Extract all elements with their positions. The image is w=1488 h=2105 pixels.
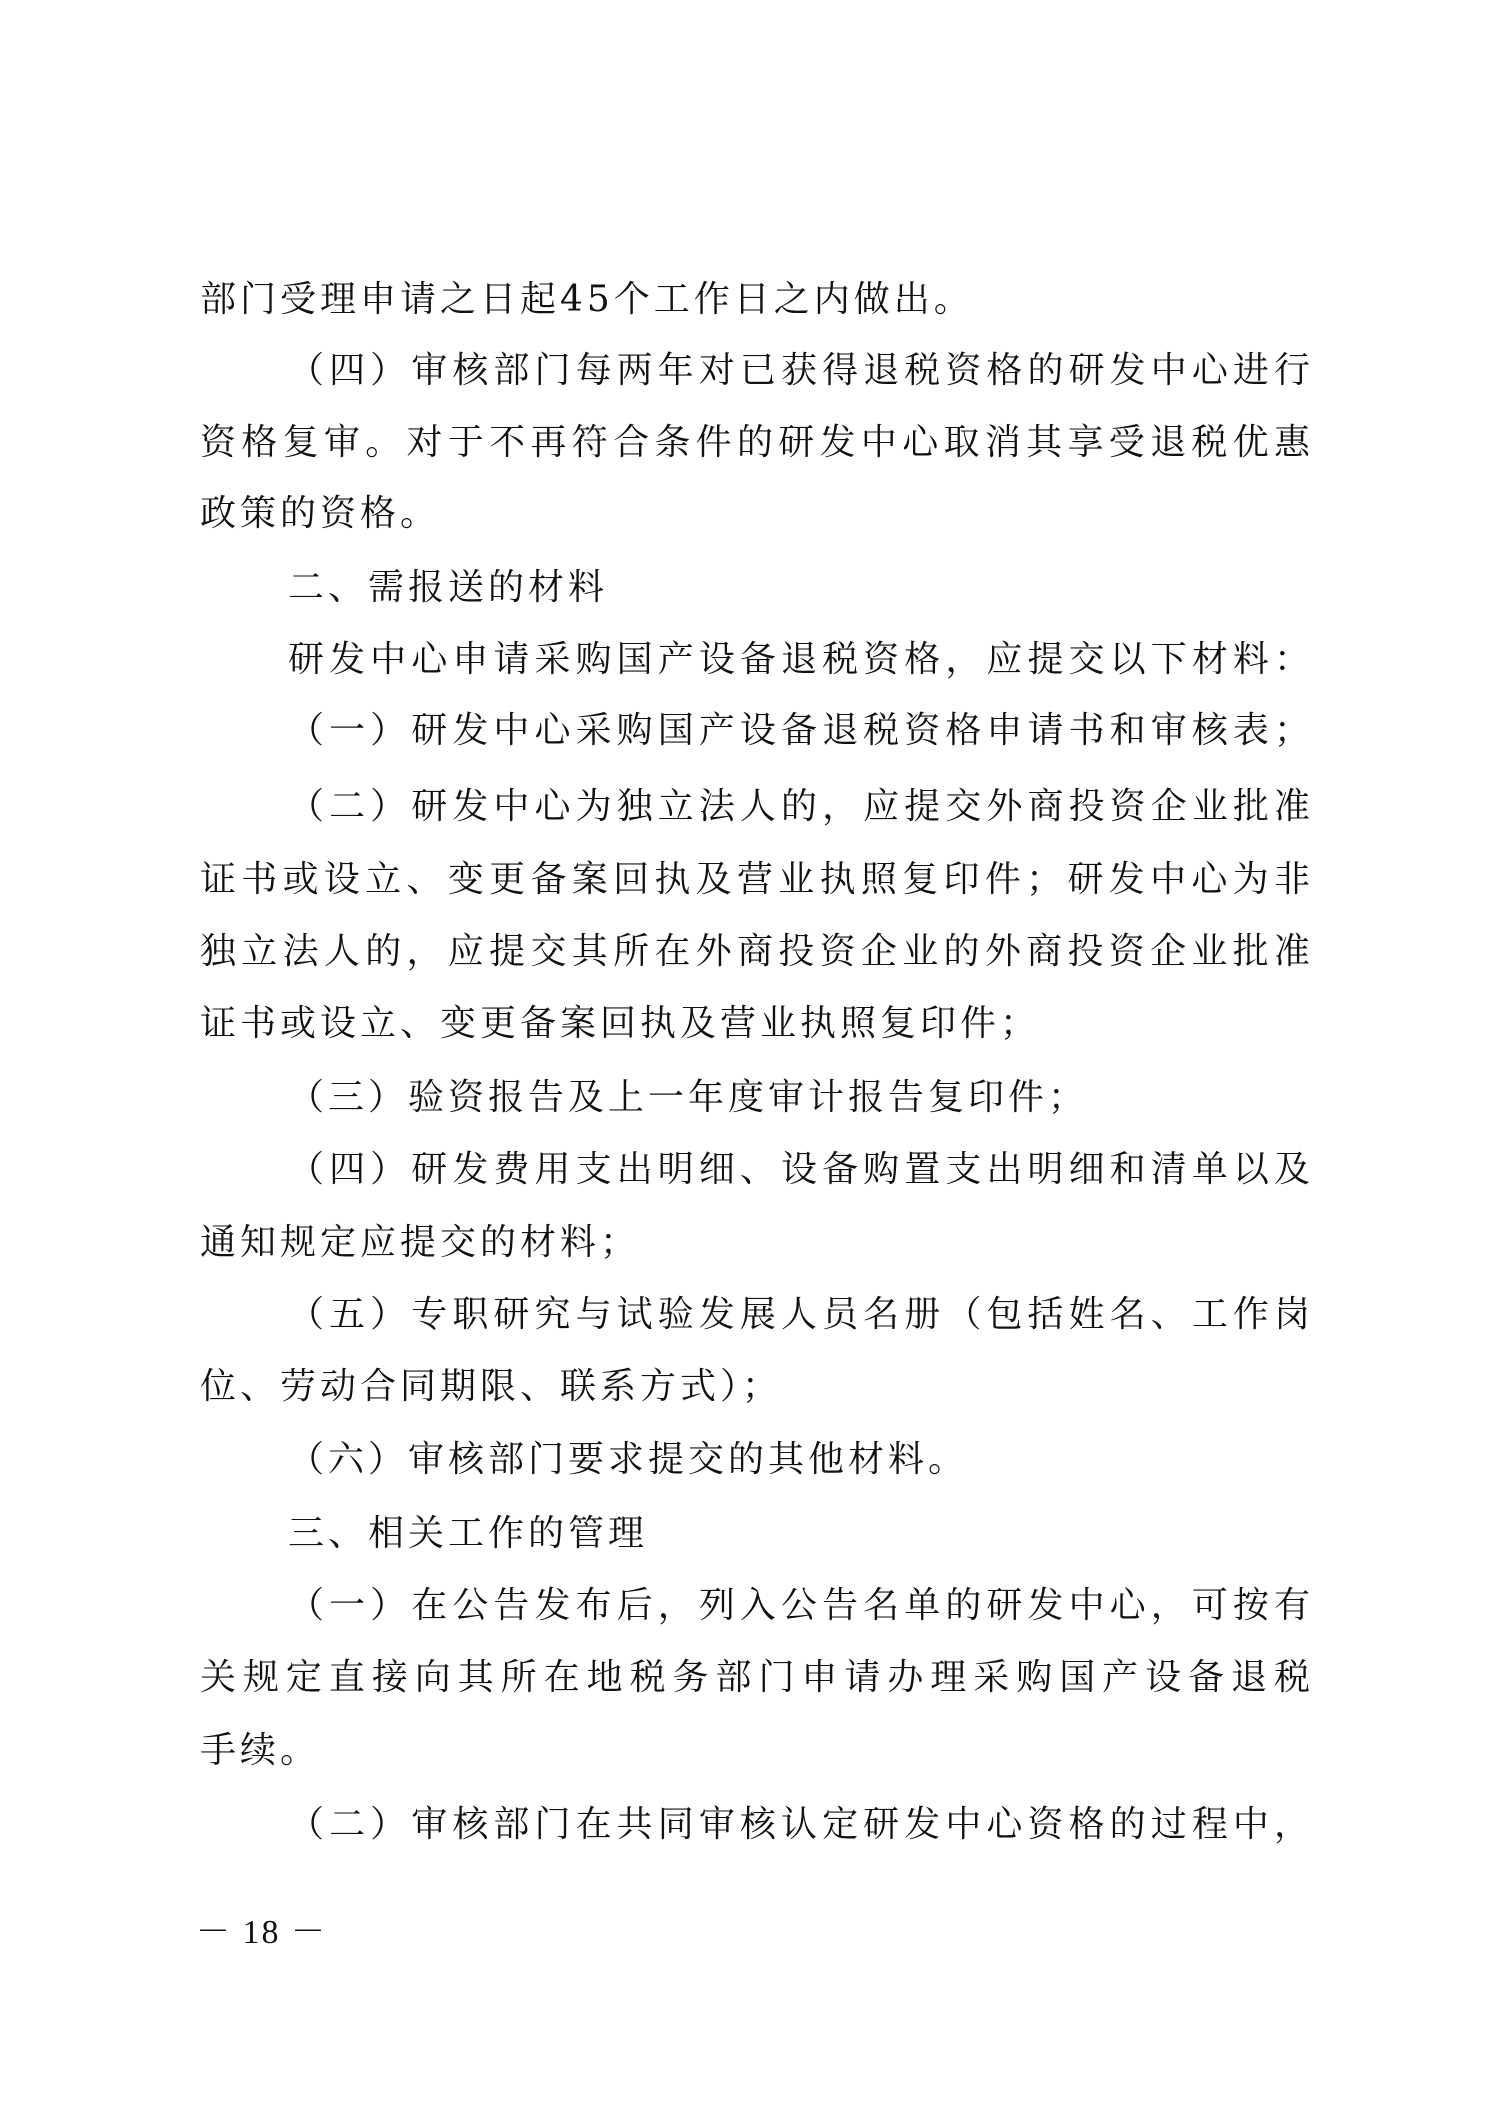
text-line-10: 独立法人的，应提交其所在外商投资企业的外商投资企业批准 bbox=[200, 922, 1310, 982]
text-line-13: （四）研发费用支出明细、设备购置支出明细和清单以及 bbox=[288, 1140, 1310, 1200]
text-line-21: 手续。 bbox=[200, 1721, 1310, 1781]
text-line-8: （二）研发中心为独立法人的，应提交外商投资企业批准 bbox=[288, 777, 1310, 837]
text-line-20: 关规定直接向其所在地税务部门申请办理采购国产设备退税 bbox=[200, 1648, 1310, 1708]
text-line-12: （三）验资报告及上一年度审计报告复印件； bbox=[288, 1068, 1310, 1128]
text-line-7: （一）研发中心采购国产设备退税资格申请书和审核表； bbox=[288, 701, 1310, 761]
section-heading-3: 三、相关工作的管理 bbox=[288, 1504, 1310, 1564]
text-line-9: 证书或设立、变更备案回执及营业执照复印件；研发中心为非 bbox=[200, 850, 1310, 910]
document-page: 部门受理申请之日起45个工作日之内做出。 （四）审核部门每两年对已获得退税资格的… bbox=[0, 0, 1488, 2105]
page-number: － 18 － bbox=[196, 1908, 327, 1958]
text-line-3: 资格复审。对于不再符合条件的研发中心取消其享受退税优惠 bbox=[200, 413, 1310, 473]
text-line-4: 政策的资格。 bbox=[200, 484, 1310, 544]
text-line-19: （一）在公告发布后，列入公告名单的研发中心，可按有 bbox=[288, 1576, 1310, 1636]
text-line-14: 通知规定应提交的材料； bbox=[200, 1213, 1310, 1273]
text-line-22: （二）审核部门在共同审核认定研发中心资格的过程中， bbox=[288, 1795, 1310, 1855]
text-line-11: 证书或设立、变更备案回执及营业执照复印件； bbox=[200, 994, 1310, 1054]
text-line-1: 部门受理申请之日起45个工作日之内做出。 bbox=[200, 270, 1310, 330]
text-line-16: 位、劳动合同期限、联系方式）； bbox=[200, 1357, 1310, 1417]
section-heading-2: 二、需报送的材料 bbox=[288, 558, 1310, 618]
text-line-6: 研发中心申请采购国产设备退税资格，应提交以下材料： bbox=[288, 630, 1310, 690]
text-line-17: （六）审核部门要求提交的其他材料。 bbox=[288, 1430, 1310, 1490]
text-line-2: （四）审核部门每两年对已获得退税资格的研发中心进行 bbox=[288, 341, 1310, 401]
text-line-15: （五）专职研究与试验发展人员名册（包括姓名、工作岗 bbox=[288, 1285, 1310, 1345]
